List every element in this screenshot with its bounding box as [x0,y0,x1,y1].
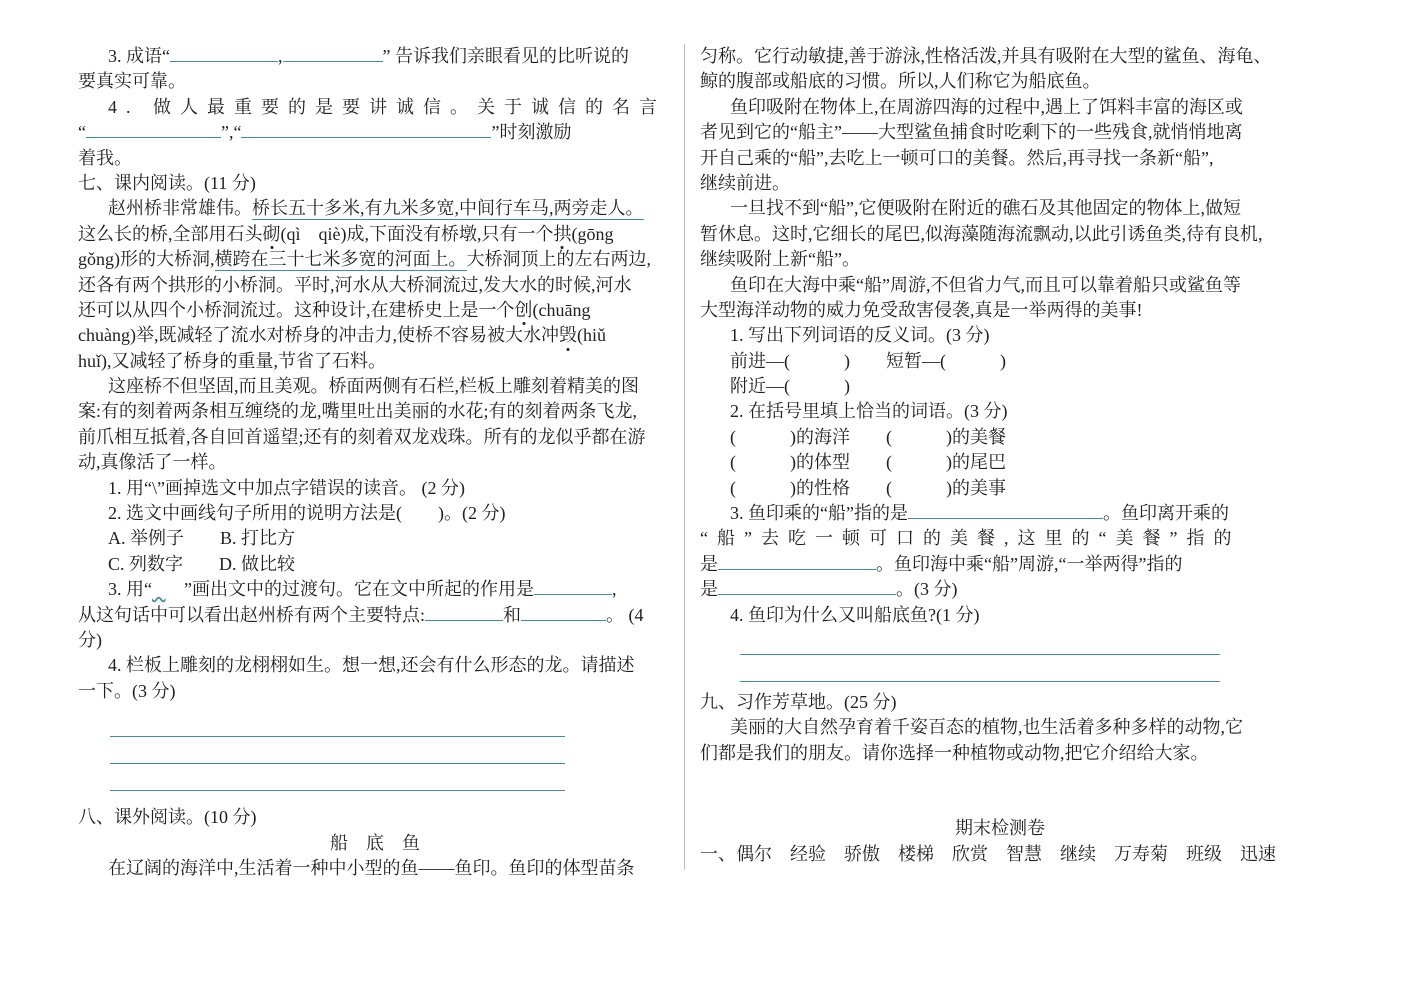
text-segment: ”,“ [221,122,241,142]
text-segment: 继续吸附上新“船”。 [700,249,860,269]
blank-underline [718,554,876,570]
exam-paper-page: 3. 成语“,” 告诉我们亲眼看见的比听说的要真实可靠。4. 做人最重要的是要讲… [0,0,1421,982]
text-segment: 暂休息。这时,它细长的尾巴,似海藻随海流飘动,以此引诱鱼类,待有良机, [700,224,1263,244]
text-line: 4. 做人最重要的是要讲诚信。关于诚信的名言 [78,95,672,120]
text-line: 大型海洋动物的威力免受敌害侵袭,真是一举两得的美事! [700,298,1300,323]
blank-underline [110,721,565,737]
text-line: huǐ),又减轻了桥身的重量,节省了石料。 [78,349,672,374]
text-line: 分) [78,628,672,653]
text-segment: (hiǔ [577,325,606,345]
text-segment: “ [78,122,86,142]
text-line: 鱼印在大海中乘“船”周游,不但省力气,而且可以靠着船只或鲨鱼等 [700,273,1300,298]
blank-underline [110,775,565,791]
text-segment: 是 [700,579,718,599]
text-line: 1. 写出下列词语的反义词。(3 分) [700,323,1300,348]
text-segment: 从这句话中可以看出赵州桥有两个主要特点: [78,605,425,625]
text-segment: 船 底 鱼 [330,833,420,853]
text-segment: 3. 用“ [108,579,152,599]
text-line: 赵州桥非常雄伟。桥长五十多米,有九米多宽,中间行车马,两旁走人。 [78,196,672,221]
text-line: 是。鱼印海中乘“船”周游,“一举两得”指的 [700,552,1300,577]
text-segment: (chuāng [533,300,591,320]
text-segment: 案:有的刻着两条相互缠绕的龙,嘴里吐出美丽的水花;有的刻着两条飞龙, [78,401,637,421]
text-line: 暂休息。这时,它细长的尾巴,似海藻随海流飘动,以此引诱鱼类,待有良机, [700,222,1300,247]
text-line: 船 底 鱼 [78,831,672,856]
text-line: 匀称。它行动敏捷,善于游泳,性格活泼,并具有吸附在大型的鲨鱼、海龟、 [700,44,1300,69]
text-segment: 赵州桥非常雄伟。 [108,198,252,218]
answer-line [700,663,1300,690]
text-line: C. 列数字 D. 做比较 [78,552,672,577]
text-line: 还可以从四个小桥洞流过。这种设计,在建桥史上是一个创(chuāng [78,298,672,323]
text-segment: “船”去吃一顿可口的美餐,这里的“美餐”指的 [700,528,1240,548]
text-line: 七、课内阅读。(11 分) [78,171,672,196]
text-segment: A. 举例子 B. 打比方 [108,528,295,548]
column-divider [684,44,685,870]
text-segment: 。鱼印海中乘“船”周游,“一举两得”指的 [876,554,1182,574]
text-segment: 鲸的腹部或船底的习惯。所以,人们称它为船底鱼。 [700,71,1101,91]
text-segment: ( )的海洋 ( )的美餐 [730,427,1006,447]
text-line: 期末检测卷 [700,816,1300,841]
text-segment: 附近—( ) [730,376,850,396]
text-line: 前进—( ) 短暂—( ) [700,349,1300,374]
text-segment: ( )的性格 ( )的美事 [730,478,1006,498]
blank-underline [86,122,221,138]
text-segment: 鱼印在大海中乘“船”周游,不但省力气,而且可以靠着船只或鲨鱼等 [730,275,1241,295]
answer-line [78,745,672,772]
blank-underline [908,503,1103,519]
left-text-column: 3. 成语“,” 告诉我们亲眼看见的比听说的要真实可靠。4. 做人最重要的是要讲… [78,44,672,944]
answer-line [78,772,672,799]
text-segment: 2. 在括号里填上恰当的词语。(3 分) [730,401,1008,421]
text-segment: 开自己乘的“船”,去吃上一顿可口的美餐。然后,再寻找一条新“船”, [700,148,1213,168]
blank-underline [241,122,491,138]
text-segment: 和 [503,605,521,625]
text-line: “”,“”时刻激励 [78,120,672,145]
text-line: 还各有两个拱形的小桥洞。平时,河水从大桥洞流过,发大水的时候,河水 [78,273,672,298]
text-line: 继续吸附上新“船”。 [700,247,1300,272]
text-line: 八、课外阅读。(10 分) [78,805,672,830]
text-line: 着我。 [78,146,672,171]
text-segment: (qì qiè)成,下面没有桥墩,只有一个 [281,224,554,244]
text-line: 从这句话中可以看出赵州桥有两个主要特点:和。 (4 [78,603,672,628]
text-segment: 匀称。它行动敏捷,善于游泳,性格活泼,并具有吸附在大型的鲨鱼、海龟、 [700,46,1272,66]
text-segment: 3. 成语“ [108,46,170,66]
text-line: 们都是我们的朋友。请你选择一种植物或动物,把它介绍给大家。 [700,741,1300,766]
text-line: 这么长的桥,全部用石头砌(qì qiè)成,下面没有桥墩,只有一个拱(gōng [78,222,672,247]
text-segment: , [612,579,617,599]
text-segment: huǐ),又减轻了桥身的重量,节省了石料。 [78,351,386,371]
text-line: 鱼印吸附在物体上,在周游四海的过程中,遇上了饵料丰富的海区或 [700,95,1300,120]
text-segment: 九、习作芳草地。(25 分) [700,692,897,712]
text-line: 前爪相互抵着,各自回首遥望;还有的刻着双龙戏珠。所有的龙似乎都在游 [78,425,672,450]
blank-underline [740,639,1220,655]
text-line: 是。(3 分) [700,577,1300,602]
text-segment: ( )的体型 ( )的尾巴 [730,452,1006,472]
underlined-sentence: 横跨在三十七米多宽的河面上。 [215,249,467,271]
text-segment: chuàng)举,既减轻了流水对桥身的冲击力,使桥不容易被大水冲 [78,325,559,345]
text-segment: gǒng)形的大桥洞, [78,249,215,269]
wavy-line-symbol [152,577,184,602]
text-line: 开自己乘的“船”,去吃上一顿可口的美餐。然后,再寻找一条新“船”, [700,146,1300,171]
text-line: ( )的体型 ( )的尾巴 [700,450,1300,475]
text-line: 要真实可靠。 [78,69,672,94]
blank-underline [718,579,896,595]
text-line: 者见到它的“船主”——大型鲨鱼捕食时吃剩下的一些残食,就悄悄地离 [700,120,1300,145]
blank-underline [534,579,612,595]
text-line: 美丽的大自然孕育着千姿百态的植物,也生活着多种多样的动物,它 [700,715,1300,740]
text-line: 2. 在括号里填上恰当的词语。(3 分) [700,399,1300,424]
text-segment: 。鱼印离开乘的 [1103,503,1229,523]
text-segment: 是 [700,554,718,574]
right-text-column: 匀称。它行动敏捷,善于游泳,性格活泼,并具有吸附在大型的鲨鱼、海龟、鲸的腹部或船… [700,44,1300,944]
text-segment: ”画出文中的过渡句。它在文中所起的作用是 [184,579,534,599]
text-segment: 大型海洋动物的威力免受敌害侵袭,真是一举两得的美事! [700,300,1143,320]
text-segment: 这座桥不但坚固,而且美观。桥面两侧有石栏,栏板上雕刻着精美的图 [108,376,639,396]
text-segment: ”时刻激励 [491,122,571,142]
text-line: gǒng)形的大桥洞,横跨在三十七米多宽的河面上。大桥洞顶上的左右两边, [78,247,672,272]
text-segment: 八、课外阅读。(10 分) [78,807,257,827]
dotted-character: 砌 [263,222,281,247]
text-line: 一旦找不到“船”,它便吸附在附近的礁石及其他固定的物体上,做短 [700,196,1300,221]
text-line: ( )的性格 ( )的美事 [700,476,1300,501]
text-segment: 美丽的大自然孕育着千姿百态的植物,也生活着多种多样的动物,它 [730,717,1243,737]
text-segment: 还可以从四个小桥洞流过。这种设计,在建桥史上是一个 [78,300,515,320]
answer-line [78,718,672,745]
text-line: 一下。(3 分) [78,679,672,704]
text-segment: ” 告诉我们亲眼看见的比听说的 [383,46,630,66]
text-line: 4. 鱼印为什么又叫船底鱼?(1 分) [700,603,1300,628]
text-line: 这座桥不但坚固,而且美观。桥面两侧有石栏,栏板上雕刻着精美的图 [78,374,672,399]
text-segment: 一下。(3 分) [78,681,176,701]
text-segment: 们都是我们的朋友。请你选择一种植物或动物,把它介绍给大家。 [700,743,1209,763]
text-segment: C. 列数字 D. 做比较 [108,554,295,574]
underlined-sentence: 桥长五十多米,有九米多宽,中间行车马,两旁走人。 [252,198,644,220]
answer-line [700,636,1300,663]
text-line: 鲸的腹部或船底的习惯。所以,人们称它为船底鱼。 [700,69,1300,94]
blank-underline [110,748,565,764]
text-segment: 还各有两个拱形的小桥洞。平时,河水从大桥洞流过,发大水的时候,河水 [78,275,632,295]
text-segment: 一、偶尔 经验 骄傲 楼梯 欣赏 智慧 继续 万寿菊 班级 迅速 [700,844,1276,864]
text-line: 案:有的刻着两条相互缠绕的龙,嘴里吐出美丽的水花;有的刻着两条飞龙, [78,399,672,424]
blank-underline [521,605,606,621]
text-line: 4. 栏板上雕刻的龙栩栩如生。想一想,还会有什么形态的龙。请描述 [78,653,672,678]
text-segment: 在辽阔的海洋中,生活着一种中小型的鱼——鱼印。鱼印的体型苗条 [108,858,635,878]
text-segment: 分) [78,630,102,650]
text-line: 3. 用“ ”画出文中的过渡句。它在文中所起的作用是, [78,577,672,602]
text-segment: 期末检测卷 [955,818,1045,838]
text-segment: 七、课内阅读。(11 分) [78,173,256,193]
text-line: “船”去吃一顿可口的美餐,这里的“美餐”指的 [700,526,1300,551]
blank-underline [283,46,383,62]
text-line: chuàng)举,既减轻了流水对桥身的冲击力,使桥不容易被大水冲毁(hiǔ [78,323,672,348]
text-line: ( )的海洋 ( )的美餐 [700,425,1300,450]
text-segment: 2. 选文中画线句子所用的说明方法是( )。(2 分) [108,503,505,523]
dotted-character: 拱 [553,222,571,247]
text-line: 2. 选文中画线句子所用的说明方法是( )。(2 分) [78,501,672,526]
dotted-character: 毁 [559,323,577,348]
text-line: 一、偶尔 经验 骄傲 楼梯 欣赏 智慧 继续 万寿菊 班级 迅速 [700,842,1300,867]
text-line: 3. 鱼印乘的“船”指的是。鱼印离开乘的 [700,501,1300,526]
text-segment: 4. 鱼印为什么又叫船底鱼?(1 分) [730,605,979,625]
text-line: 九、习作芳草地。(25 分) [700,690,1300,715]
text-segment: 鱼印吸附在物体上,在周游四海的过程中,遇上了饵料丰富的海区或 [730,97,1243,117]
text-segment: (gōng [571,224,613,244]
text-segment: 前爪相互抵着,各自回首遥望;还有的刻着双龙戏珠。所有的龙似乎都在游 [78,427,646,447]
text-segment: 继续前进。 [700,173,790,193]
text-segment: 大桥洞顶上的左右两边, [467,249,652,269]
text-line: 3. 成语“,” 告诉我们亲眼看见的比听说的 [78,44,672,69]
text-segment: 。(3 分) [896,579,958,599]
text-segment: 。 (4 [606,605,644,625]
text-segment: 4. 做人最重要的是要讲诚信。关于诚信的名言 [108,97,666,117]
text-line: 1. 用“\”画掉选文中加点字错误的读音。 (2 分) [78,476,672,501]
text-segment: 1. 写出下列词语的反义词。(3 分) [730,325,990,345]
text-line: 继续前进。 [700,171,1300,196]
text-segment: 一旦找不到“船”,它便吸附在附近的礁石及其他固定的物体上,做短 [730,198,1241,218]
blank-underline [740,666,1220,682]
text-line: 在辽阔的海洋中,生活着一种中小型的鱼——鱼印。鱼印的体型苗条 [78,856,672,881]
blank-underline [170,46,278,62]
text-segment: 前进—( ) 短暂—( ) [730,351,1006,371]
text-segment: 要真实可靠。 [78,71,186,91]
text-segment: 这么长的桥,全部用石头 [78,224,263,244]
dotted-character: 创 [515,298,533,323]
text-line: 动,真像活了一样。 [78,450,672,475]
text-segment: 1. 用“\”画掉选文中加点字错误的读音。 (2 分) [108,478,465,498]
text-segment: 者见到它的“船主”——大型鲨鱼捕食时吃剩下的一些残食,就悄悄地离 [700,122,1242,142]
text-segment: 动,真像活了一样。 [78,452,227,472]
text-segment: 4. 栏板上雕刻的龙栩栩如生。想一想,还会有什么形态的龙。请描述 [108,655,635,675]
text-line: 附近—( ) [700,374,1300,399]
blank-underline [425,605,503,621]
text-segment: 3. 鱼印乘的“船”指的是 [730,503,908,523]
text-line: A. 举例子 B. 打比方 [78,526,672,551]
text-segment: 着我。 [78,148,132,168]
